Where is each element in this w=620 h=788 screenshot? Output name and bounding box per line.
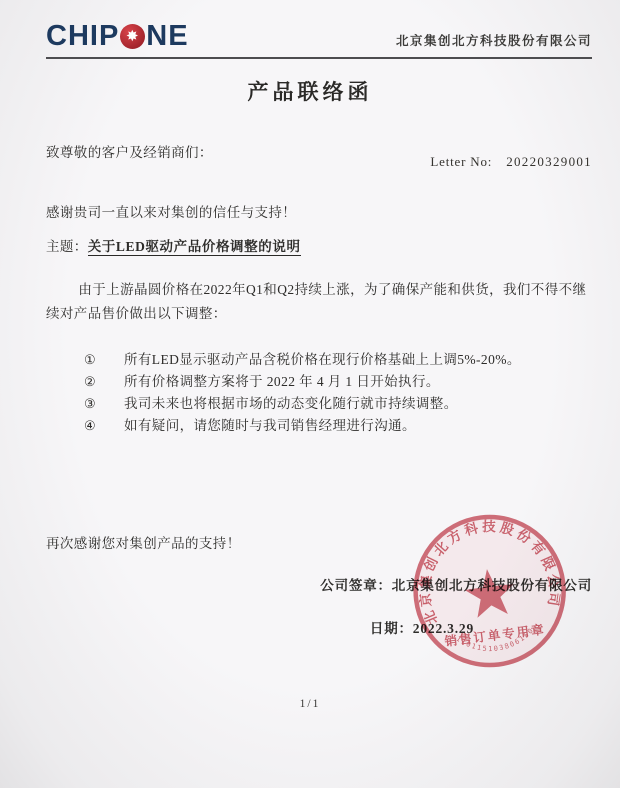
date-label: 日期： — [370, 621, 413, 636]
salutation-row: 致尊敬的客户及经销商们： Letter No:20220329001 — [46, 143, 592, 172]
closing-line: 再次感谢您对集创产品的支持！ — [46, 534, 592, 555]
adjustment-list: ① 所有LED显示驱动产品含税价格在现行价格基础上上调5%-20%。 ② 所有价… — [84, 349, 592, 437]
chipone-logo: CHIP✸NE — [46, 22, 189, 51]
letter-body: 致尊敬的客户及经销商们： Letter No:20220329001 感谢贵司一… — [0, 143, 620, 640]
body-paragraph: 由于上游晶圆价格在2022年Q1和Q2持续上涨，为了确保产能和供货，我们不得不继… — [46, 278, 592, 327]
subject-line: 主题：关于LED驱动产品价格调整的说明 — [46, 237, 592, 258]
list-item: ② 所有价格调整方案将于 2022 年 4 月 1 日开始执行。 — [84, 371, 592, 393]
list-item: ① 所有LED显示驱动产品含税价格在现行价格基础上上调5%-20%。 — [84, 349, 592, 371]
letterhead-row: CHIP✸NE 北京集创北方科技股份有限公司 — [46, 22, 592, 59]
logo-text-left: CHIP — [46, 22, 119, 51]
list-item-number: ④ — [84, 415, 124, 437]
letter-page: CHIP✸NE 北京集创北方科技股份有限公司 产品联络函 致尊敬的客户及经销商们… — [0, 0, 620, 788]
letter-number-value: 20220329001 — [506, 154, 592, 169]
list-item-text: 如有疑问，请您随时与我司销售经理进行沟通。 — [124, 415, 416, 437]
company-name: 北京集创北方科技股份有限公司 — [396, 31, 592, 51]
signature-label: 公司签章： — [320, 578, 392, 593]
list-item-number: ② — [84, 371, 124, 393]
list-item-text: 所有LED显示驱动产品含税价格在现行价格基础上上调5%-20%。 — [124, 349, 521, 371]
subject-label: 主题： — [46, 239, 88, 254]
signature-line: 公司签章：北京集创北方科技股份有限公司 — [46, 576, 592, 597]
list-item: ④ 如有疑问，请您随时与我司销售经理进行沟通。 — [84, 415, 592, 437]
list-item: ③ 我司未来也将根据市场的动态变化随行就市持续调整。 — [84, 393, 592, 415]
logo-spark-icon: ✸ — [120, 24, 145, 49]
list-item-text: 我司未来也将根据市场的动态变化随行就市持续调整。 — [124, 393, 458, 415]
subject-text: 关于LED驱动产品价格调整的说明 — [88, 239, 301, 256]
letter-number-label: Letter No: — [430, 154, 492, 169]
list-item-text: 所有价格调整方案将于 2022 年 4 月 1 日开始执行。 — [124, 371, 440, 393]
list-item-number: ① — [84, 349, 124, 371]
salutation: 致尊敬的客户及经销商们： — [46, 143, 213, 164]
list-item-number: ③ — [84, 393, 124, 415]
signature-company: 北京集创北方科技股份有限公司 — [392, 578, 592, 593]
thanks-line: 感谢贵司一直以来对集创的信任与支持！ — [46, 203, 592, 224]
document-title: 产品联络函 — [0, 76, 620, 106]
date-value: 2022.3.29 — [413, 621, 474, 636]
letter-number: Letter No:20220329001 — [430, 152, 592, 172]
logo-text-right: NE — [146, 22, 188, 51]
letterhead: CHIP✸NE 北京集创北方科技股份有限公司 — [0, 0, 620, 59]
date-line: 日期：2022.3.29 — [46, 619, 592, 640]
page-number: 1/1 — [0, 698, 620, 710]
